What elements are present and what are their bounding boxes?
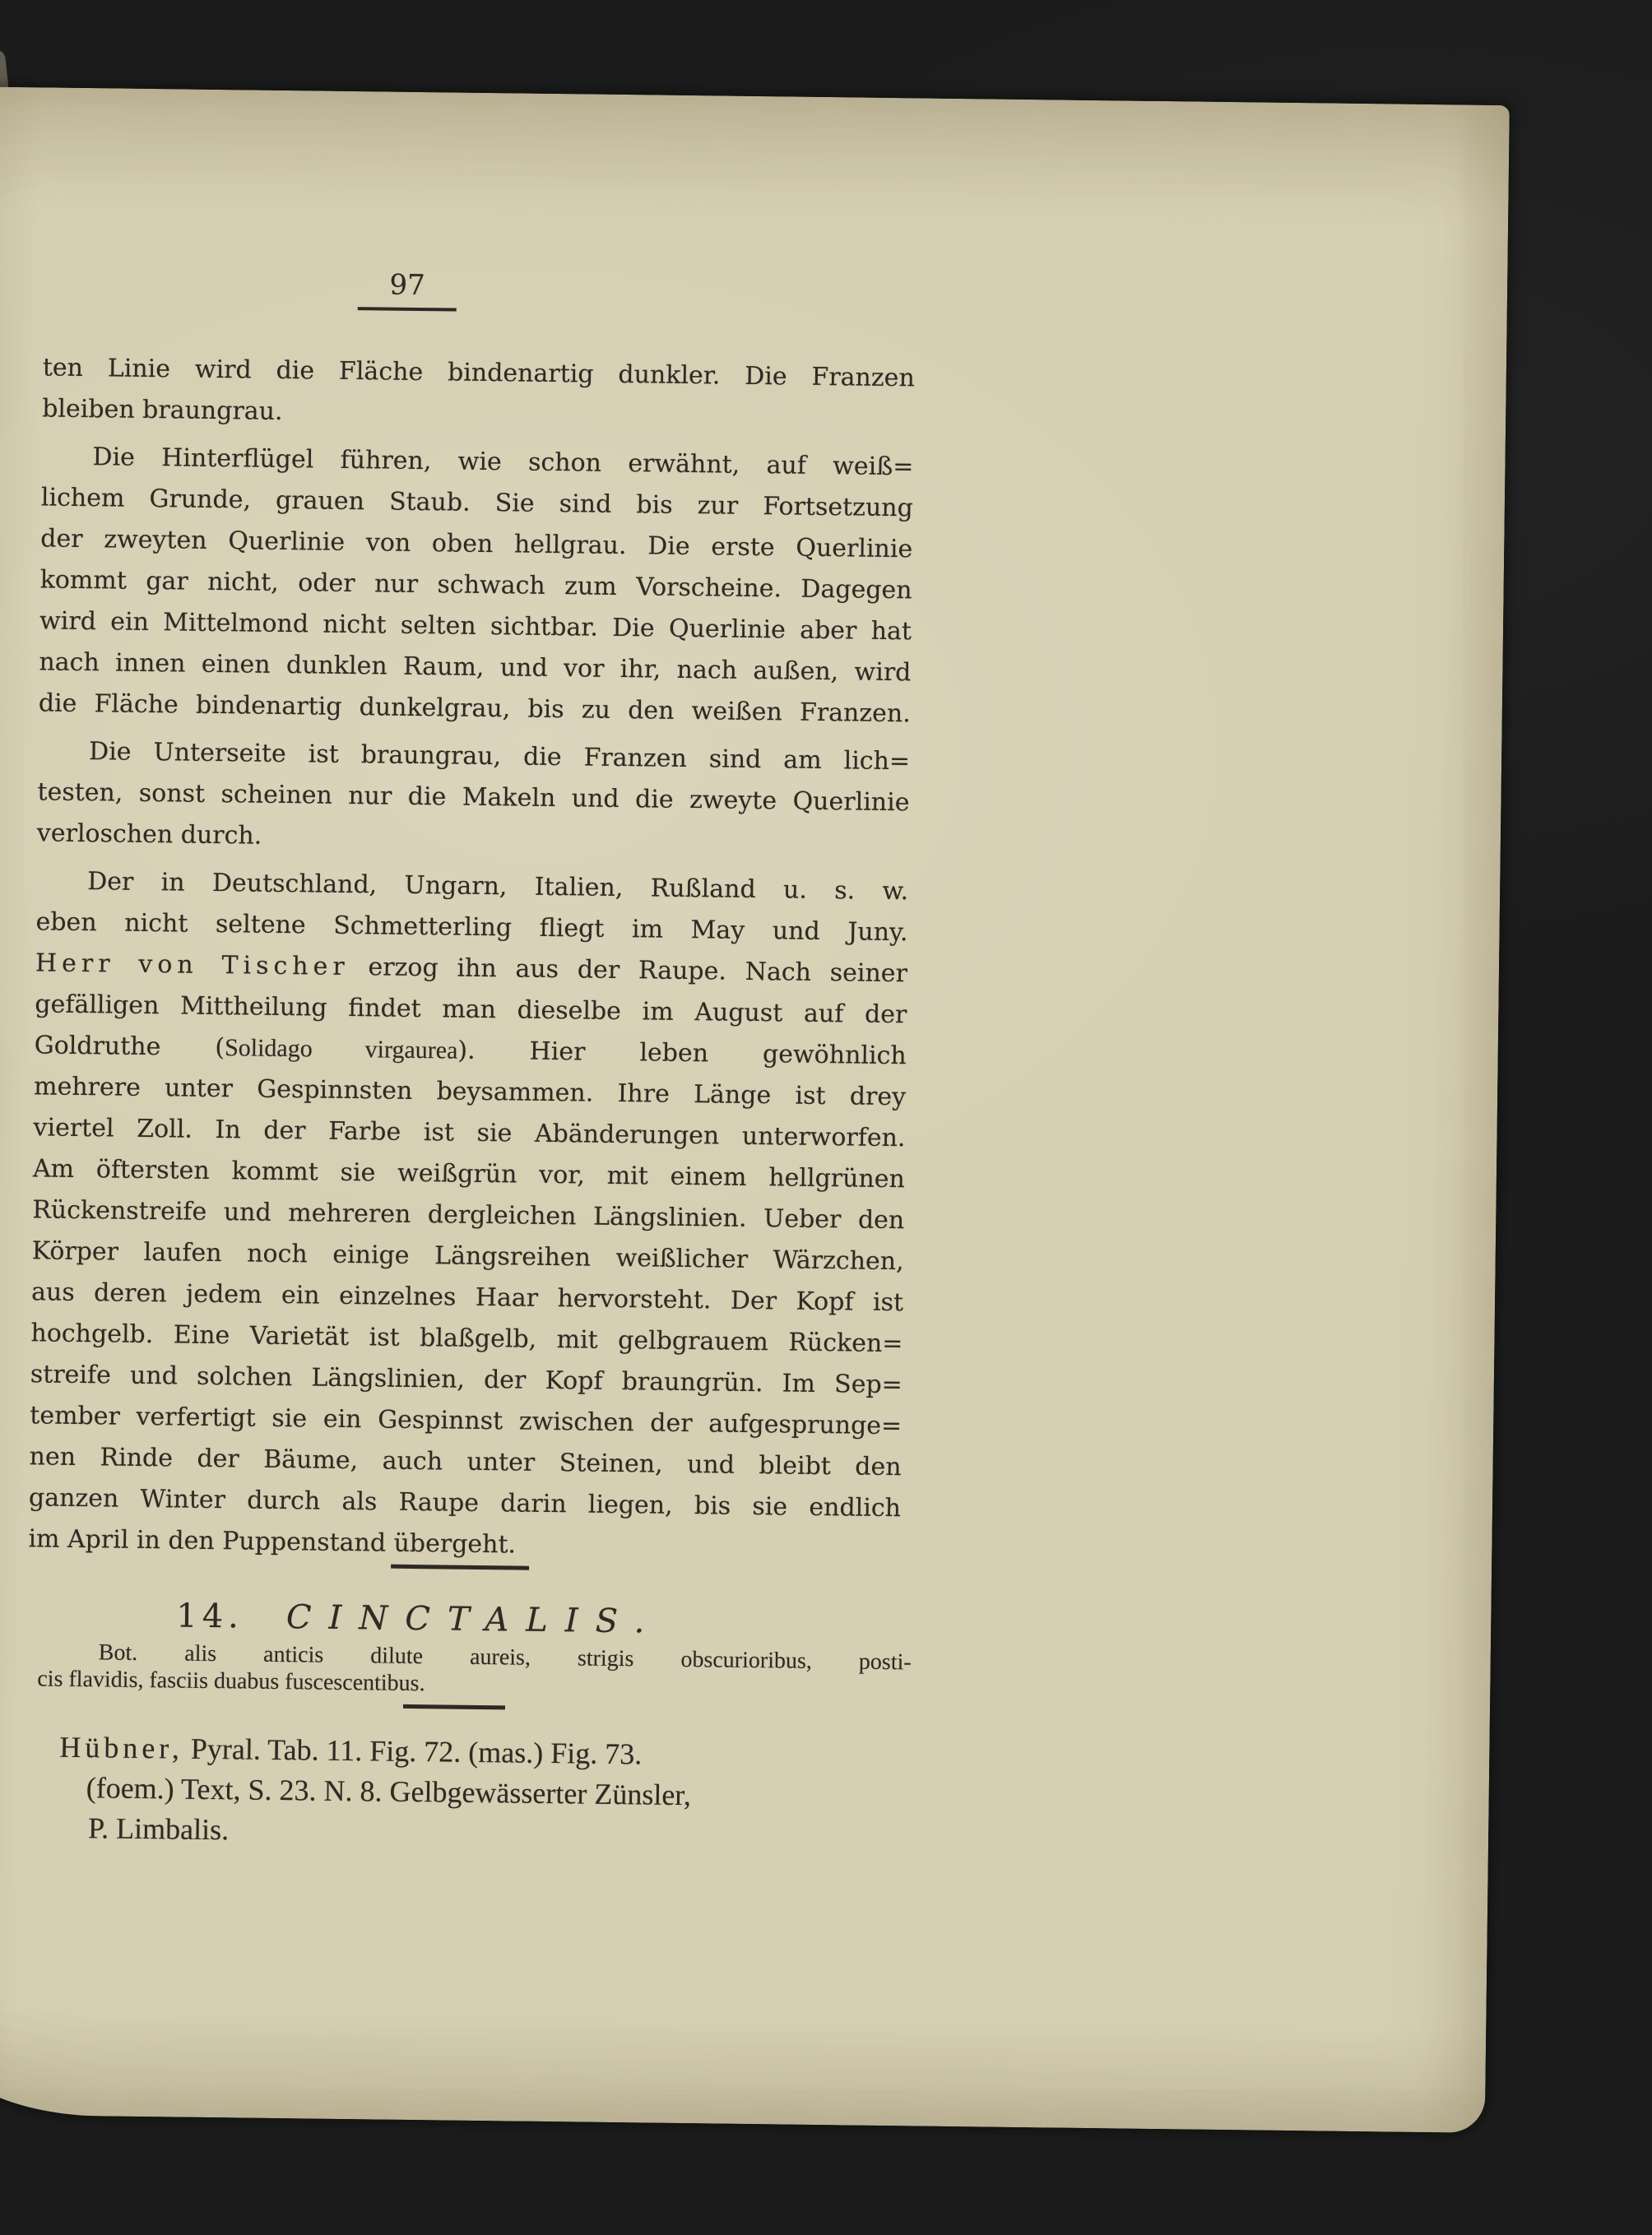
- page-number-rule: [358, 307, 457, 311]
- page-number-value: 97: [389, 269, 425, 303]
- paragraph-continuation: ten Linie wird die Fläche bindenartig du…: [42, 347, 915, 440]
- species-name: CINCTALIS.: [286, 1598, 662, 1641]
- species-heading: 14.CINCTALIS.: [176, 1597, 900, 1643]
- latin-diagnosis: Bot. alis anticis dilute aureis, strigis…: [37, 1638, 912, 1703]
- section-rule-bottom: [403, 1704, 505, 1710]
- book-page: 97 ten Linie wird die Fläche bindenartig…: [0, 86, 1510, 2133]
- paragraph-hinterfluegel: Die Hinterflügel führen, wie schon erwäh…: [39, 436, 914, 735]
- latin-species-name: Solidago virgaurea: [225, 1034, 458, 1064]
- reference-block: Hübner, Pyral. Tab. 11. Fig. 72. (mas.) …: [58, 1727, 916, 1859]
- species-number: 14.: [176, 1597, 244, 1635]
- person-name: Herr von Tischer: [35, 948, 350, 981]
- text-segment: erzog ihn aus der Raupe. Nach seiner: [349, 953, 907, 988]
- text-segment: Pyral. Tab. 11. Fig. 72. (mas.) Fig. 73.: [183, 1732, 643, 1771]
- paragraph-unterseite: Die Unterseite ist braungrau, die Franze…: [37, 730, 911, 865]
- body-text: ten Linie wird die Fläche bindenartig du…: [28, 347, 915, 1570]
- page-content: 97 ten Linie wird die Fläche bindenartig…: [44, 262, 916, 272]
- text-segment: Goldruthe (: [35, 1031, 225, 1062]
- author-name: Hübner,: [59, 1731, 183, 1765]
- text-segment: ). Hier leben gewöhnlich: [457, 1036, 907, 1071]
- page-number: 97: [350, 269, 466, 312]
- scanned-book-page: { "colors": { "background": "#1b1c1b", "…: [0, 0, 1652, 2235]
- paragraph-naturgeschichte: Der in Deutschland, Ungarn, Italien, Ruß…: [28, 860, 908, 1570]
- section-rule-top: [391, 1565, 529, 1570]
